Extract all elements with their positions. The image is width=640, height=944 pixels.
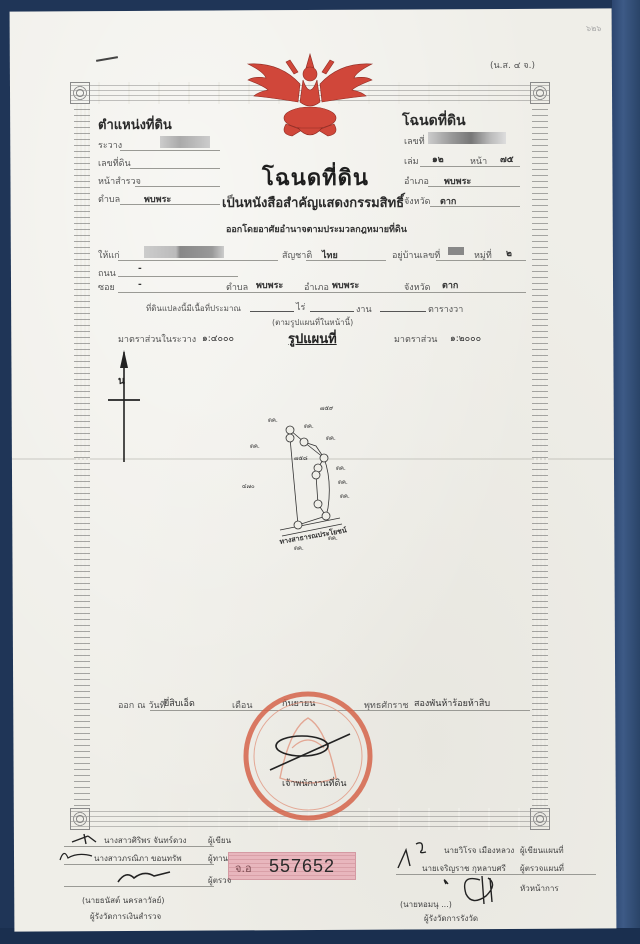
field-underline bbox=[118, 292, 526, 293]
map-title: รูปแผนที่ bbox=[288, 328, 337, 349]
redacted-value bbox=[160, 136, 210, 148]
field-underline bbox=[428, 186, 520, 187]
field-label-deed-no: เลขที่ bbox=[404, 134, 425, 148]
field-underline bbox=[430, 206, 520, 207]
sig-right-role-4: ผู้รังวัดการรังวัด bbox=[424, 912, 478, 925]
svg-text:ตค.: ตค. bbox=[338, 479, 348, 486]
field-label-tambon: ตำบล bbox=[98, 192, 120, 206]
border-corner-ornament bbox=[530, 82, 550, 104]
border-corner-ornament bbox=[70, 82, 90, 104]
signature-line bbox=[64, 864, 214, 865]
sig-left-name-4: (นายธนัสต์ นครลาวัลย์) bbox=[82, 894, 164, 907]
serial-prefix: จ.อ bbox=[235, 859, 252, 877]
field-underline bbox=[306, 260, 386, 261]
serial-number-box: จ.อ 557652 bbox=[228, 852, 356, 880]
ornamental-border-left bbox=[74, 104, 90, 808]
svg-text:ตค.: ตค. bbox=[268, 417, 278, 424]
scale-right-value: ๑:๒๐๐๐ bbox=[450, 331, 481, 345]
north-arrow-icon bbox=[104, 348, 144, 466]
field-underline bbox=[120, 150, 220, 151]
land-location-heading: ตำแหน่งที่ดิน bbox=[98, 114, 172, 135]
rai-label: ไร่ bbox=[296, 300, 305, 314]
sig-right-role-1: ผู้เขียนแผนที่ bbox=[520, 844, 564, 857]
scale-left-label: มาตราส่วนในระวาง bbox=[118, 332, 196, 346]
redacted-value bbox=[428, 132, 506, 144]
field-label-rawang: ระวาง bbox=[98, 138, 122, 152]
field-underline bbox=[135, 186, 220, 187]
svg-text:๔๗๐: ๔๗๐ bbox=[242, 483, 255, 490]
signature-checker bbox=[58, 848, 98, 862]
owner-amphoe-value: พบพระ bbox=[332, 278, 359, 292]
field-label-province: จังหวัด bbox=[404, 194, 431, 208]
field-label-volume: เล่ม bbox=[404, 154, 419, 168]
road-value: - bbox=[138, 264, 142, 274]
border-corner-ornament bbox=[70, 808, 90, 830]
area-wa-line bbox=[380, 311, 426, 312]
north-label: น bbox=[118, 374, 125, 389]
signature-line bbox=[64, 886, 214, 887]
area-label: ที่ดินแปลงนี้มีเนื้อที่ประมาณ bbox=[146, 302, 241, 315]
garuda-emblem-icon bbox=[240, 50, 380, 145]
owner-tambon-value: พบพระ bbox=[256, 278, 283, 292]
road-label: ถนน bbox=[98, 266, 116, 280]
ngan-label: งาน bbox=[356, 302, 372, 316]
document-subtitle: เป็นหนังสือสำคัญแสดงกรรมสิทธิ์ bbox=[222, 192, 404, 213]
svg-text:ตค.: ตค. bbox=[250, 443, 260, 450]
field-underline bbox=[118, 276, 238, 277]
signature-inspector bbox=[114, 868, 174, 884]
moo-value: ๒ bbox=[506, 246, 512, 260]
ornamental-border-right bbox=[532, 104, 548, 808]
handwritten-corner-note: ๖๒๖ bbox=[586, 22, 601, 35]
field-value-volume: ๑๒ bbox=[432, 152, 444, 166]
svg-text:ตค.: ตค. bbox=[336, 465, 346, 472]
signature-line bbox=[64, 846, 214, 847]
house-no-label: อยู่บ้านเลขที่ bbox=[392, 248, 440, 262]
svg-text:ตค.: ตค. bbox=[294, 545, 304, 552]
field-underline bbox=[436, 260, 526, 261]
area-ngan-line bbox=[310, 311, 354, 312]
svg-text:๗๕๘: ๗๕๘ bbox=[294, 455, 308, 462]
area-rai-line bbox=[250, 311, 294, 312]
official-seal-stamp bbox=[240, 688, 376, 824]
redacted-owner-name bbox=[144, 246, 224, 258]
document-authority: ออกโดยอาศัยอำนาจตามประมวลกฎหมายที่ดิน bbox=[226, 222, 407, 236]
issue-day: ยี่สิบเอ็ด bbox=[164, 696, 195, 710]
parcel-map-diagram: ๗๕๙ ตค. ตค. ตค. ตค. ๗๕๘ ๔๗๐ ตค. ตค. ตค. … bbox=[220, 380, 390, 560]
soi-label: ซอย bbox=[98, 280, 115, 294]
sig-right-role-3: หัวหน้าการ bbox=[520, 882, 559, 895]
form-code: (น.ส. ๔ จ.) bbox=[490, 58, 535, 72]
svg-text:ตค.: ตค. bbox=[304, 423, 314, 430]
parcel-label: ๗๕๙ bbox=[320, 405, 334, 412]
scale-right-label: มาตราส่วน bbox=[394, 332, 437, 346]
given-to-label: ให้แก่ bbox=[98, 248, 120, 262]
land-officer-title: เจ้าพนักงานที่ดิน bbox=[282, 776, 346, 790]
field-underline bbox=[118, 260, 278, 261]
issue-year: สองพันห้าร้อยห้าสิบ bbox=[414, 696, 490, 710]
svg-text:ตค.: ตค. bbox=[340, 493, 350, 500]
field-value-page: ๗๕ bbox=[500, 152, 514, 166]
svg-text:ตค.: ตค. bbox=[326, 435, 336, 442]
scale-left-value: ๑:๔๐๐๐ bbox=[202, 331, 234, 345]
border-corner-ornament bbox=[530, 808, 550, 830]
serial-number: 557652 bbox=[269, 856, 335, 877]
owner-province-value: ตาก bbox=[442, 278, 458, 292]
redacted-house-no bbox=[448, 247, 464, 255]
background-right-edge bbox=[612, 0, 640, 944]
wa-label: ตารางวา bbox=[428, 302, 463, 316]
title-deed-heading: โฉนดที่ดิน bbox=[402, 110, 466, 132]
field-underline bbox=[420, 166, 520, 167]
field-underline bbox=[120, 204, 220, 205]
sig-left-role-4: ผู้รังวัดการเงินสำรวจ bbox=[90, 910, 161, 923]
soi-value: - bbox=[138, 280, 142, 290]
field-label-amphoe: อำเภอ bbox=[404, 174, 429, 188]
sig-right-name-1: นายวิโรจ เมืองหลวง bbox=[444, 844, 514, 857]
sig-right-name-4: (นายหอมนุ ...) bbox=[400, 898, 452, 911]
field-underline bbox=[130, 168, 220, 169]
document-title: โฉนดที่ดิน bbox=[262, 160, 369, 195]
field-label-land-no: เลขที่ดิน bbox=[98, 156, 131, 170]
